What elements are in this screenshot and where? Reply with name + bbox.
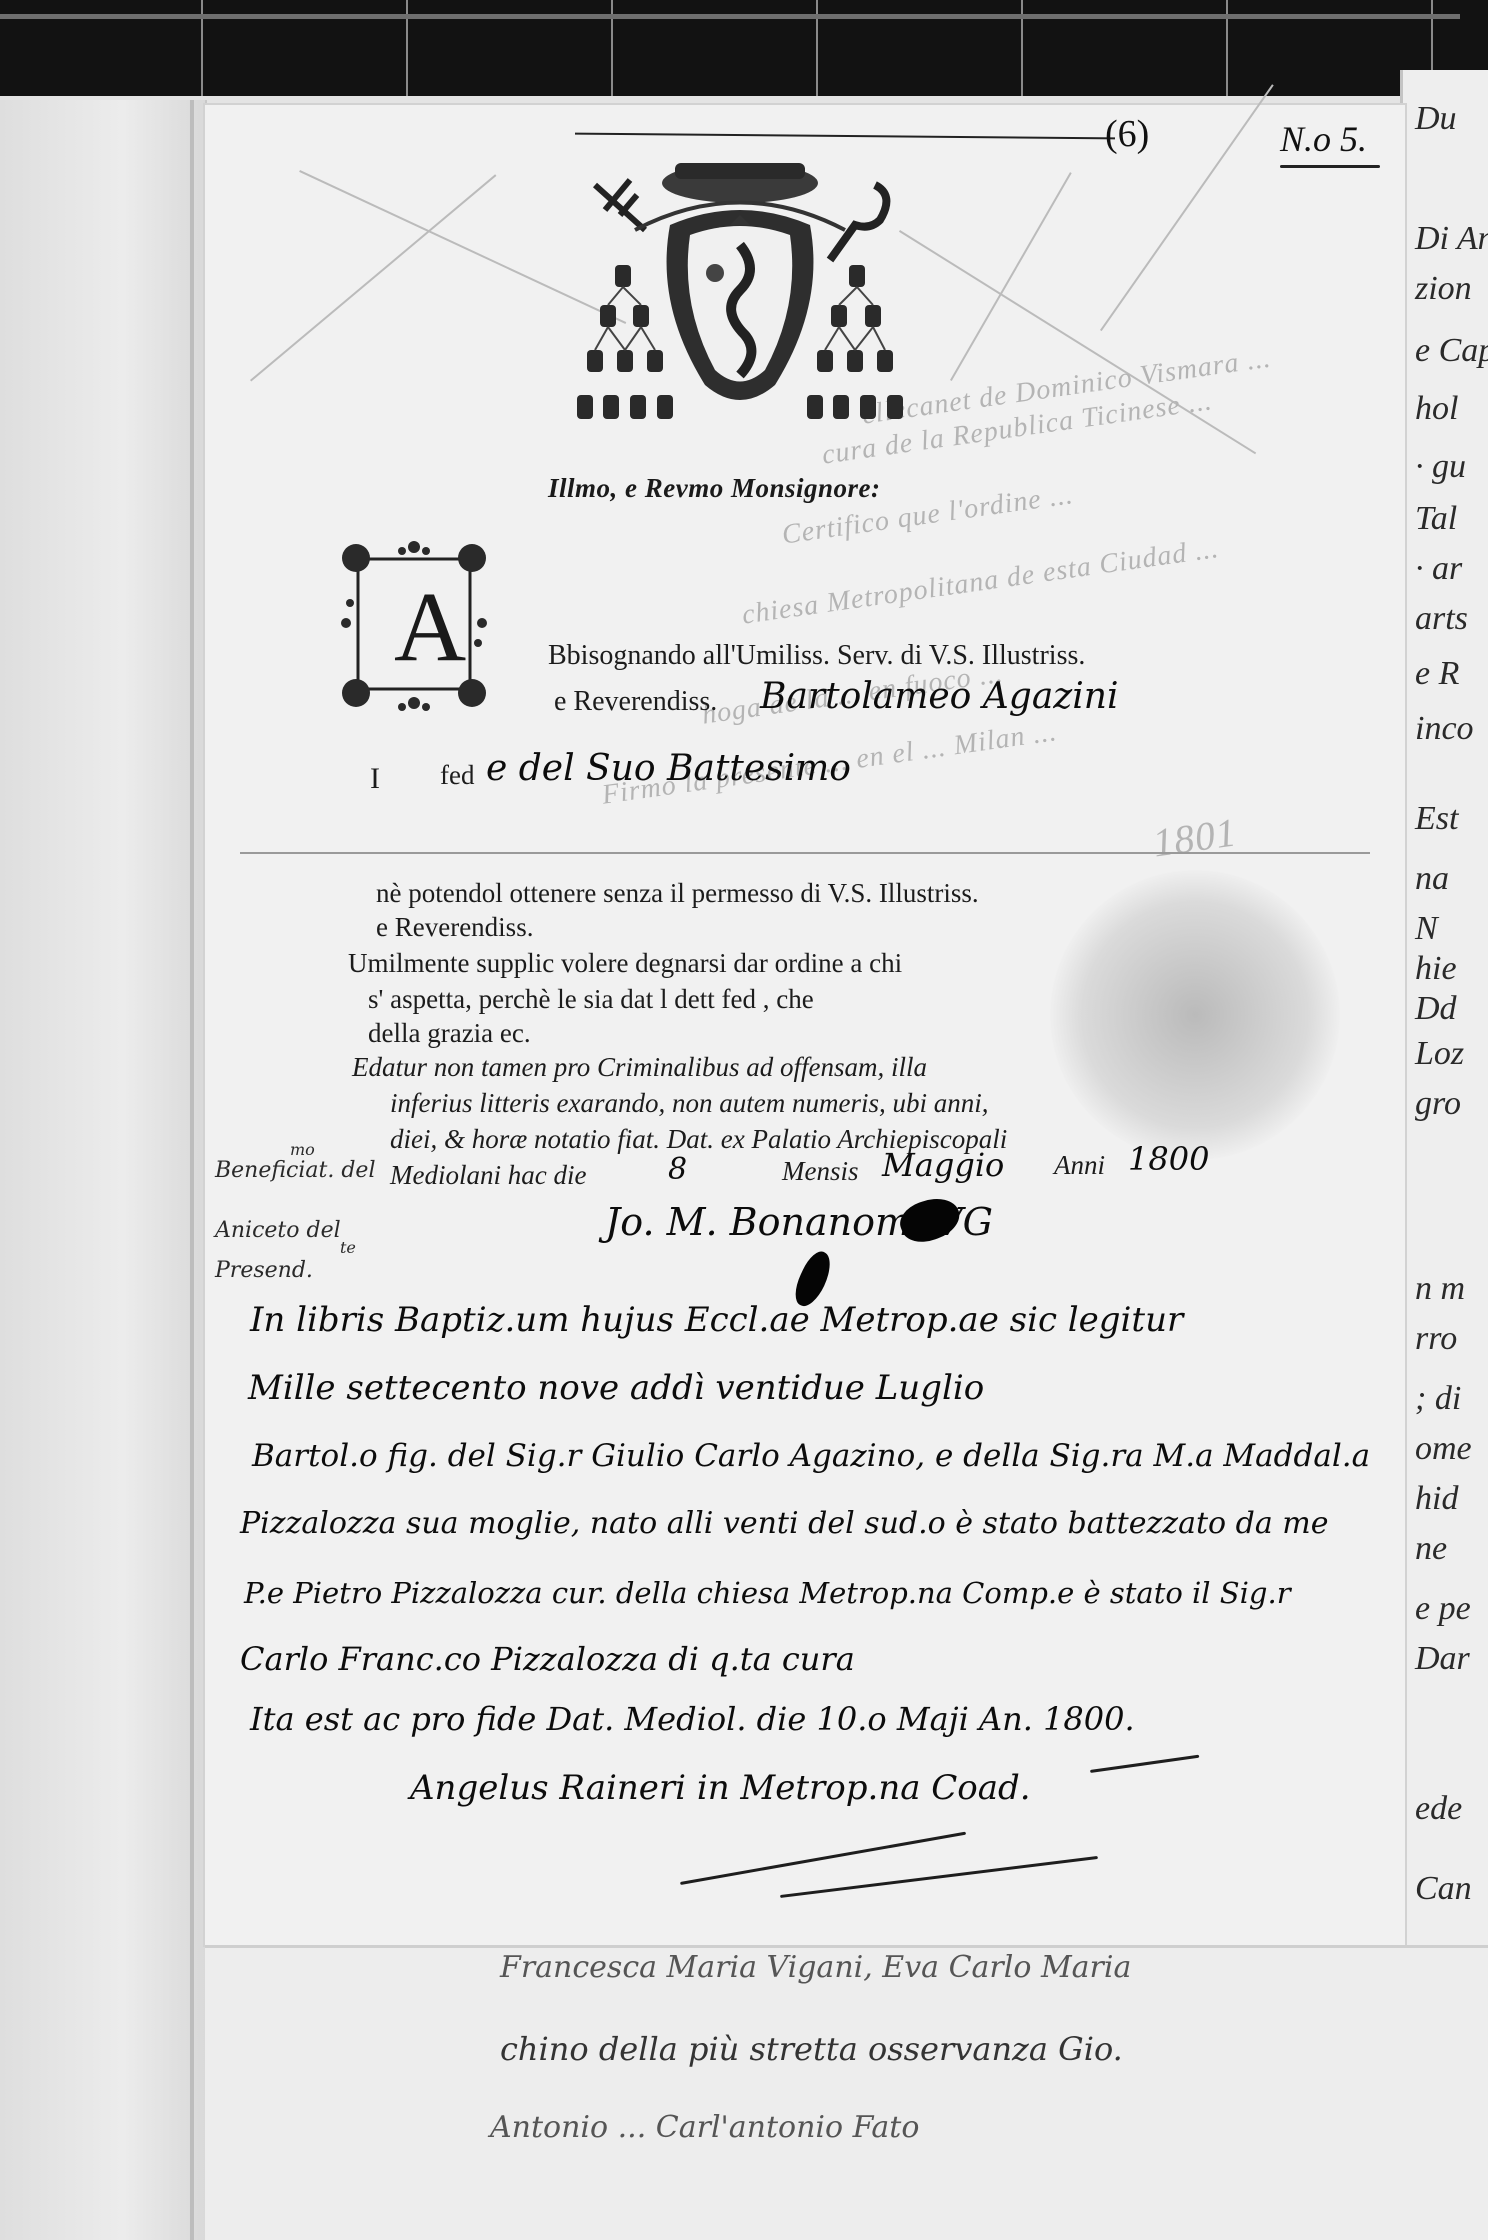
left-folded-page	[0, 100, 207, 2240]
right-underlying-page: Du Di An zion e Cap hol · gu Tal · ar ar…	[1400, 70, 1488, 2240]
margin-note-1: Beneficiat. del	[215, 1158, 376, 1183]
fragment: e pe	[1415, 1590, 1471, 1628]
record-line-3: Bartol.o fig. del Sig.r Giulio Carlo Aga…	[252, 1438, 1370, 1474]
page-edge	[190, 100, 194, 2240]
initial-letter: A	[394, 577, 466, 677]
latin-line-4b: Mensis	[782, 1156, 859, 1187]
form-line-6: Umilmente supplic volere degnarsi dar or…	[348, 948, 902, 979]
fragment: na	[1415, 860, 1449, 898]
record-line-5: P.e Pietro Pizzalozza cur. della chiesa …	[244, 1576, 1291, 1610]
fragment: gro	[1415, 1085, 1461, 1123]
fragment: rro	[1415, 1320, 1457, 1358]
fragment: Can	[1415, 1870, 1472, 1908]
fragment: e R	[1415, 655, 1459, 693]
stamp-smudge	[1050, 870, 1340, 1160]
record-line-1: In libris Baptiz.um hujus Eccl.ae Metrop…	[250, 1300, 1183, 1340]
form-line-8: della grazia ec.	[368, 1018, 531, 1049]
fragment: ede	[1415, 1790, 1462, 1828]
form-separator	[240, 852, 1370, 854]
fragment: hid	[1415, 1480, 1458, 1518]
ornamental-initial: A	[336, 533, 492, 723]
fragment: N	[1415, 910, 1438, 948]
fragment: · gu	[1415, 448, 1466, 486]
fragment: ne	[1415, 1530, 1447, 1568]
fragment: ; di	[1415, 1380, 1461, 1418]
form-line-4: nè potendol ottenere senza il permesso d…	[376, 878, 979, 909]
fragment: n m	[1415, 1270, 1465, 1308]
fragment: inco	[1415, 710, 1474, 748]
record-line-7: Ita est ac pro fide Dat. Mediol. die 10.…	[250, 1700, 1135, 1738]
date-month: Maggio	[882, 1146, 1004, 1184]
form-line-1: Bbisognando all'Umiliss. Serv. di V.S. I…	[548, 640, 1085, 672]
margin-note-3: Presend.	[215, 1258, 313, 1283]
fragment: e Cap	[1415, 332, 1488, 370]
underlying-bottom-sheet	[205, 1945, 1488, 2240]
document-number: N.o 5.	[1280, 118, 1367, 160]
latin-line-2: inferius litteris exarando, non autem nu…	[390, 1088, 988, 1119]
record-line-4: Pizzalozza sua moglie, nato alli venti d…	[240, 1506, 1328, 1541]
petitioner-name: Bartolameo Agazini	[760, 676, 1119, 717]
fragment: Loz	[1415, 1035, 1464, 1073]
curate-signature: Angelus Raineri in Metrop.na Coad.	[410, 1768, 1031, 1808]
form-line-5: e Reverendiss.	[376, 912, 533, 943]
fragment: Dd	[1415, 990, 1457, 1028]
fragment: hol	[1415, 390, 1458, 428]
date-day: 8	[668, 1152, 687, 1187]
fragment: zion	[1415, 270, 1472, 308]
fragment: Di An	[1415, 220, 1488, 258]
form-line-7: s' aspetta, perchè le sia dat l dett fed…	[368, 984, 814, 1015]
fragment: arts	[1415, 600, 1468, 638]
bottom-line-1: Francesca Maria Vigani, Eva Carlo Maria	[500, 1950, 1131, 1985]
coat-of-arms-icon	[575, 155, 905, 435]
margin-note-sup: mo	[290, 1140, 315, 1159]
bottom-line-3: Antonio ... Carl'antonio Fato	[490, 2110, 919, 2145]
page-number: (6)	[1105, 112, 1149, 156]
form-line-3-prefix: I	[370, 762, 380, 796]
fragment: Du	[1415, 100, 1457, 138]
margin-note-sup-2: te	[340, 1238, 356, 1257]
latin-line-1: Edatur non tamen pro Criminalibus ad off…	[352, 1052, 927, 1083]
fragment: · ar	[1415, 550, 1462, 588]
salutation-heading: Illmo, e Revmo Monsignore:	[548, 473, 881, 504]
grid-line	[0, 14, 1460, 19]
fragment: hie	[1415, 950, 1457, 988]
latin-line-4a: Mediolani hac die	[390, 1160, 586, 1191]
record-line-2: Mille settecento nove addì ventidue Lugl…	[248, 1368, 984, 1408]
document-number-underline	[1280, 165, 1380, 168]
fragment: Est	[1415, 800, 1458, 838]
form-line-2: e Reverendiss.	[554, 686, 717, 718]
latin-line-4c: Anni	[1054, 1150, 1105, 1181]
margin-note-2: Aniceto del	[215, 1218, 341, 1243]
fragment: Dar	[1415, 1640, 1470, 1678]
bottom-line-2: chino della più stretta osservanza Gio.	[500, 2030, 1123, 2068]
fragment: Tal	[1415, 500, 1457, 538]
request-text: e del Suo Battesimo	[486, 748, 851, 789]
fragment: ome	[1415, 1430, 1472, 1468]
form-line-3-fill: fed	[440, 760, 474, 791]
record-line-6: Carlo Franc.co Pizzalozza di q.ta cura	[240, 1640, 855, 1678]
date-year: 1800	[1128, 1140, 1209, 1178]
